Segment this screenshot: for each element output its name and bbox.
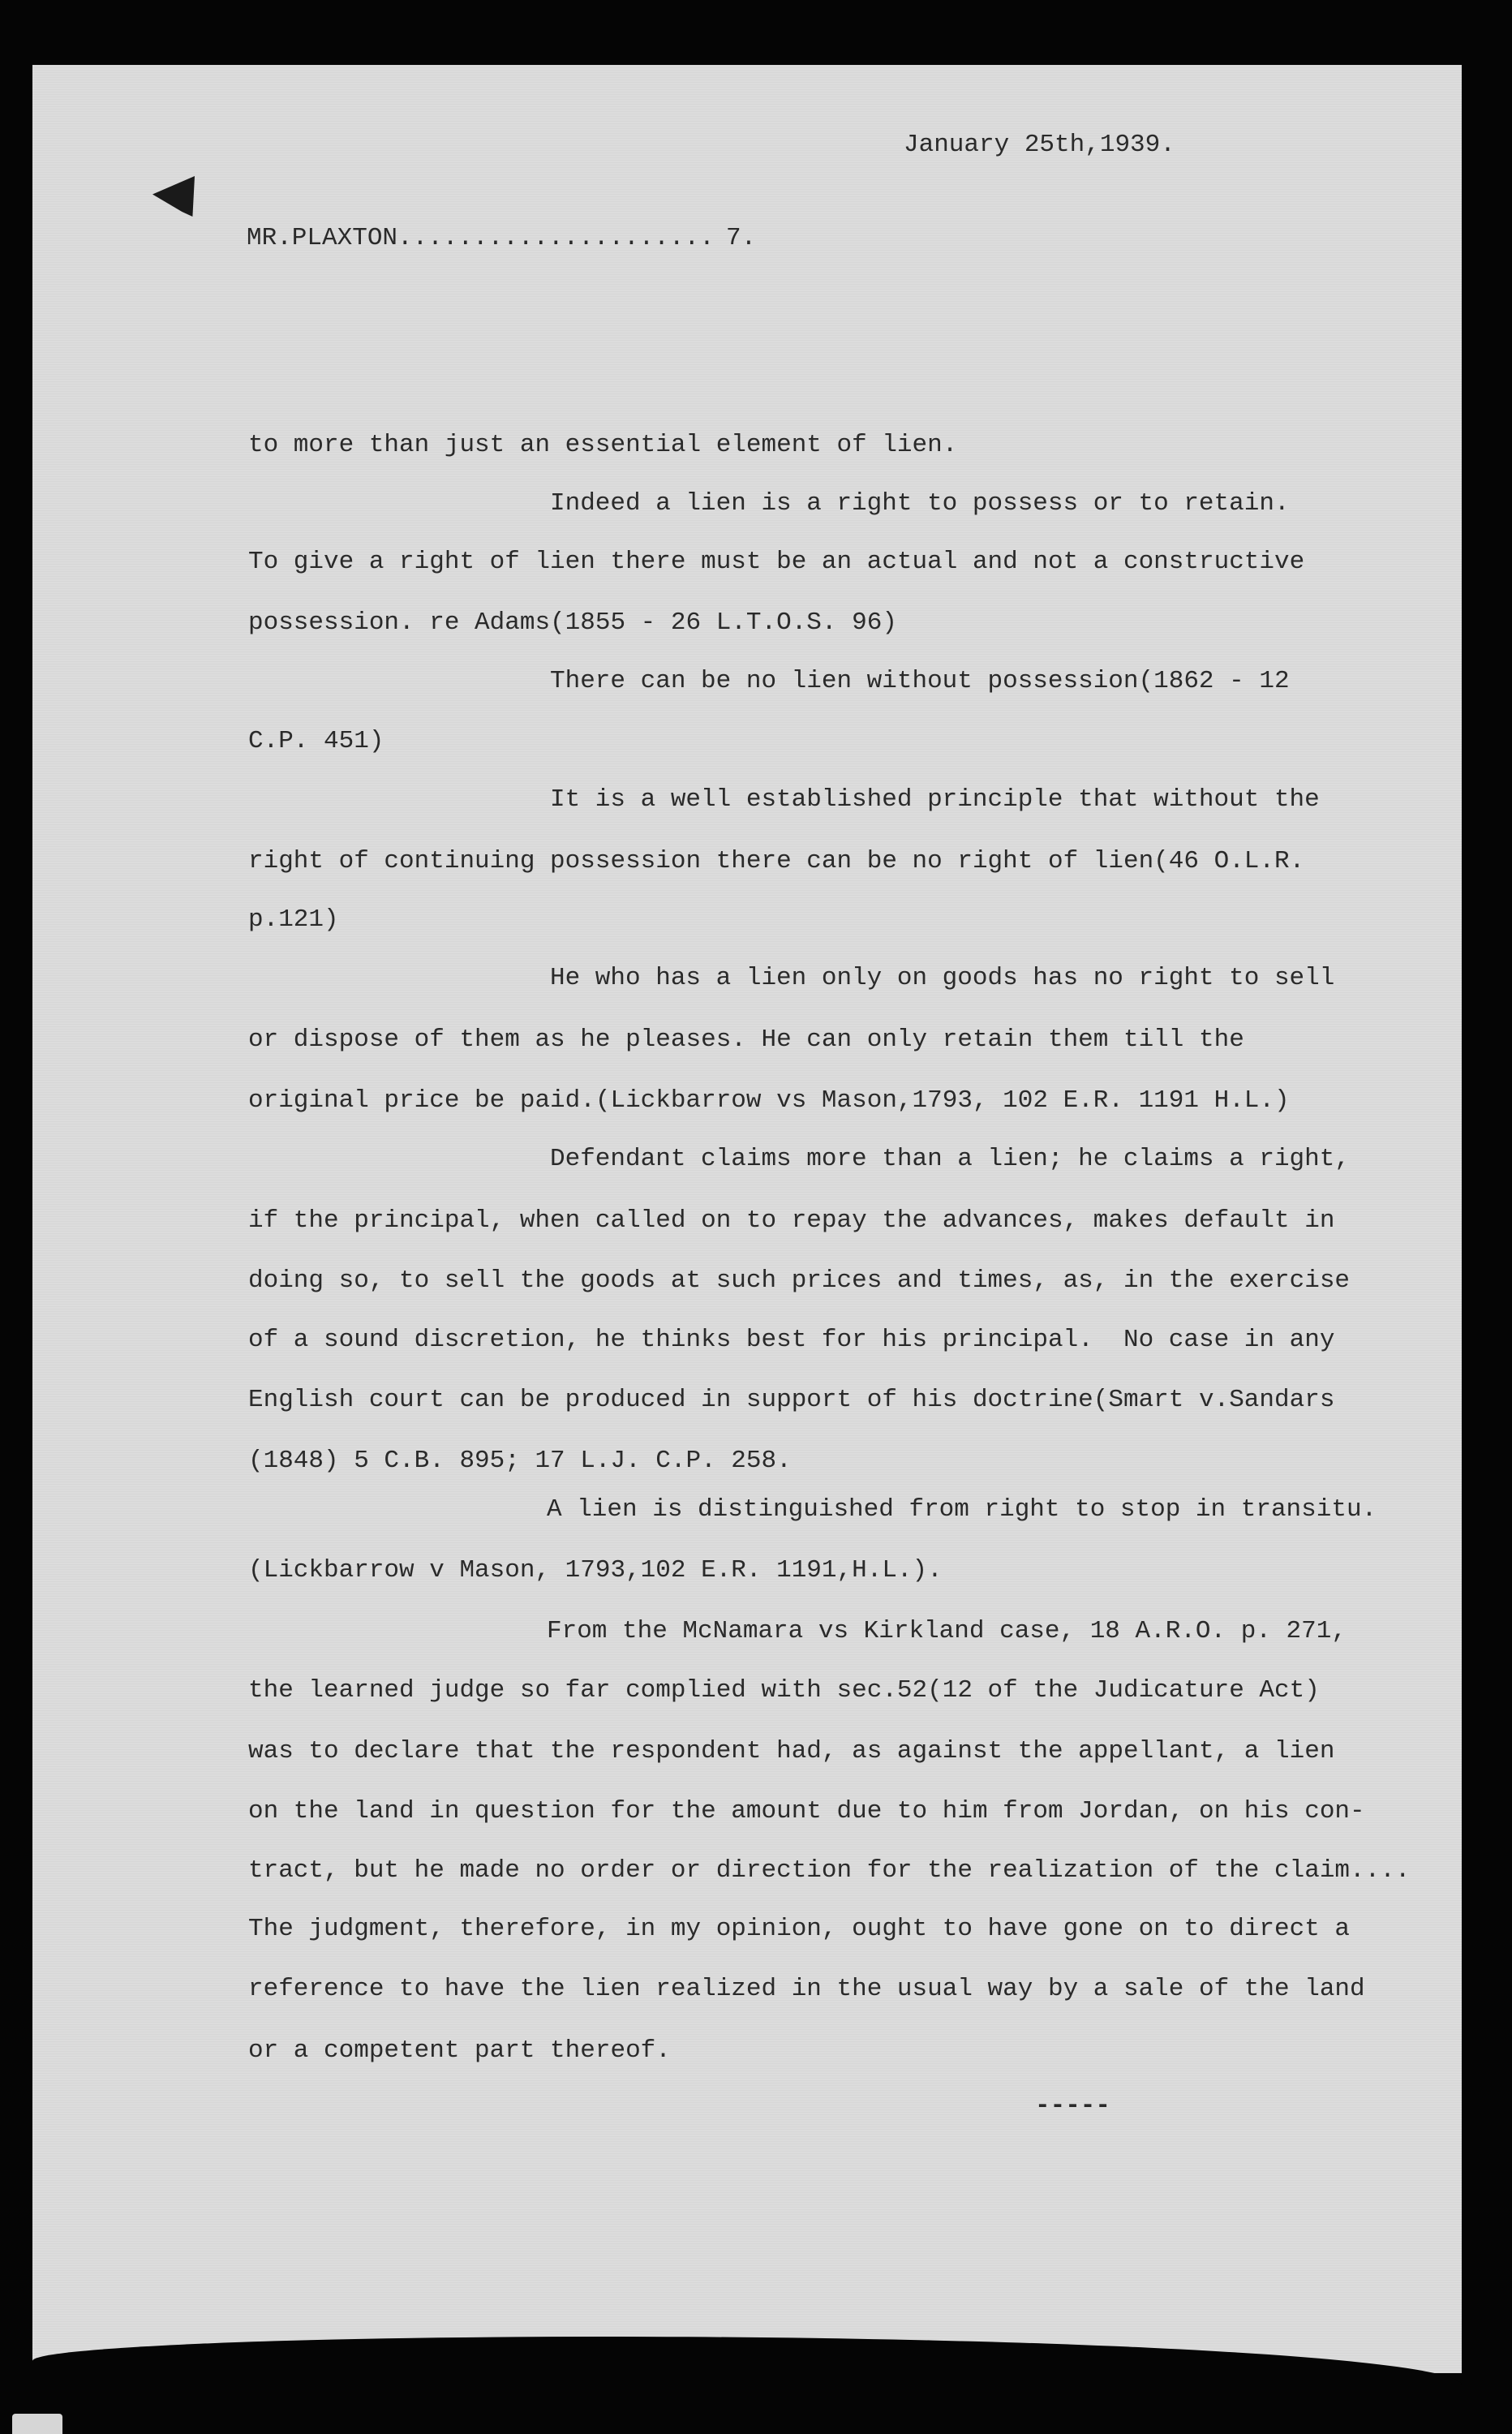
letter-date: January 25th,1939.: [904, 132, 1175, 157]
text-line: The judgment, therefore, in my opinion, …: [248, 1916, 1350, 1942]
text-line: Indeed a lien is a right to possess or t…: [550, 491, 1290, 516]
text-line: C.P. 451): [248, 729, 384, 754]
text-line: (Lickbarrow v Mason, 1793,102 E.R. 1191,…: [248, 1558, 943, 1583]
text-line: or dispose of them as he pleases. He can…: [248, 1027, 1244, 1052]
text-line: (1848) 5 C.B. 895; 17 L.J. C.P. 258.: [248, 1448, 792, 1473]
text-line: doing so, to sell the goods at such pric…: [248, 1268, 1350, 1293]
text-line: reference to have the lien realized in t…: [248, 1976, 1365, 2002]
text-line: tract, but he made no order or direction…: [248, 1858, 1410, 1883]
text-line: He who has a lien only on goods has no r…: [550, 965, 1334, 991]
text-line: A lien is distinguished from right to st…: [547, 1497, 1377, 1522]
text-line: if the principal, when called on to repa…: [248, 1208, 1334, 1233]
text-line: was to declare that the respondent had, …: [248, 1739, 1334, 1764]
text-line: From the McNamara vs Kirkland case, 18 A…: [547, 1619, 1347, 1644]
text-line: of a sound discretion, he thinks best fo…: [248, 1327, 1334, 1352]
text-line: It is a well established principle that …: [550, 787, 1320, 812]
page-number: 7.: [726, 226, 756, 251]
text-line: To give a right of lien there must be an…: [248, 549, 1304, 574]
text-line: p.121): [248, 907, 339, 932]
text-line: or a competent part thereof.: [248, 2038, 671, 2063]
film-frame-tab: [12, 2414, 62, 2434]
text-line: to more than just an essential element o…: [248, 432, 957, 458]
text-line: on the land in question for the amount d…: [248, 1799, 1365, 1824]
closing-rule: -----: [1035, 2093, 1110, 2118]
text-line: There can be no lien without possession(…: [550, 669, 1290, 694]
text-line: right of continuing possession there can…: [248, 849, 1304, 874]
text-line: English court can be produced in support…: [248, 1387, 1334, 1413]
text-line: Defendant claims more than a lien; he cl…: [550, 1146, 1350, 1172]
page-header-addressee: MR.PLAXTON.....................: [247, 226, 715, 251]
text-line: possession. re Adams(1855 - 26 L.T.O.S. …: [248, 610, 897, 635]
text-line: the learned judge so far complied with s…: [248, 1678, 1320, 1703]
text-line: original price be paid.(Lickbarrow vs Ma…: [248, 1088, 1290, 1113]
